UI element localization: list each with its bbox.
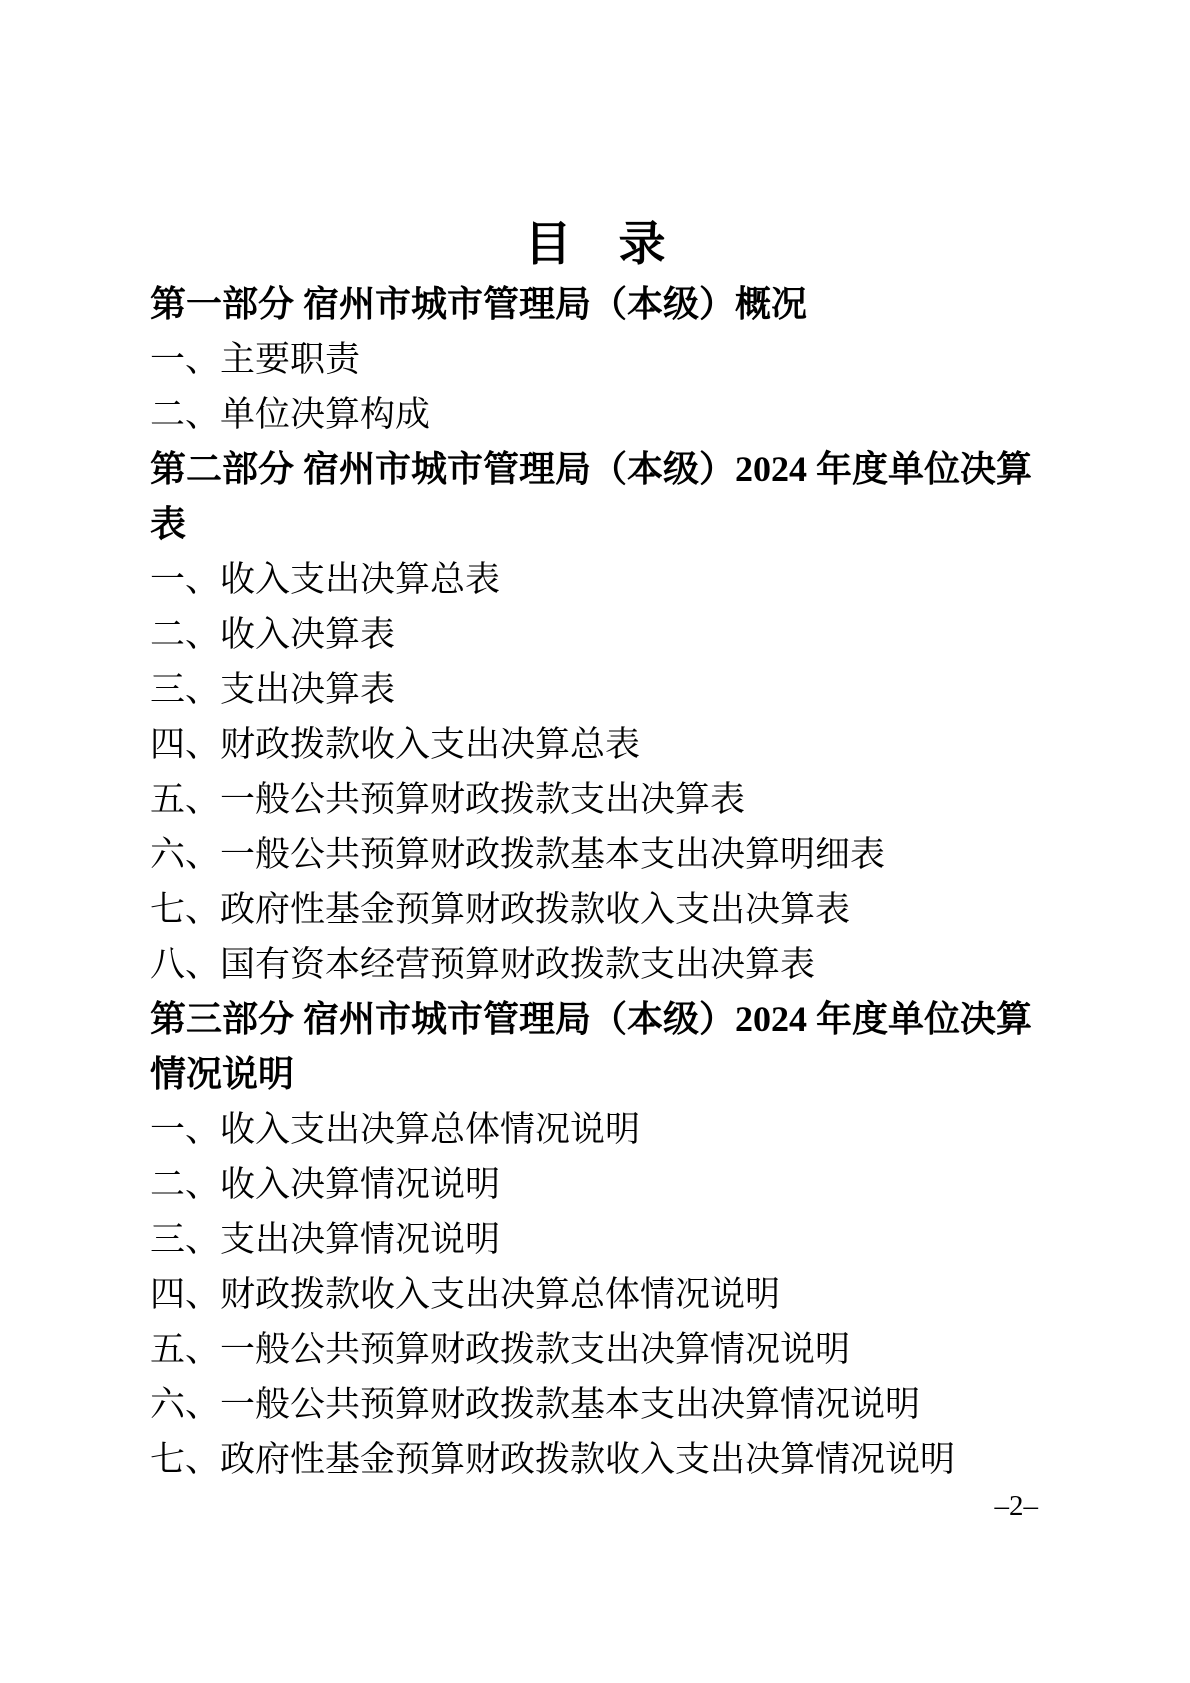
toc-part2-heading-line2: 表 [150, 497, 1040, 552]
toc-part3-heading-line1: 第三部分 宿州市城市管理局（本级）2024 年度单位决算 [150, 992, 1040, 1047]
toc-part2-item-3: 三、支出决算表 [150, 662, 1040, 717]
toc-part2-item-5: 五、一般公共预算财政拨款支出决算表 [150, 772, 1040, 827]
toc-part2-heading-line1: 第二部分 宿州市城市管理局（本级）2024 年度单位决算 [150, 442, 1040, 497]
toc-part2-item-6: 六、一般公共预算财政拨款基本支出决算明细表 [150, 827, 1040, 882]
toc-part3-heading-line2: 情况说明 [150, 1047, 1040, 1102]
toc-part2-item-2: 二、收入决算表 [150, 607, 1040, 662]
toc-part1-item-1: 一、主要职责 [150, 332, 1040, 387]
toc-part3-item-1: 一、收入支出决算总体情况说明 [150, 1102, 1040, 1157]
toc-part3-item-2: 二、收入决算情况说明 [150, 1157, 1040, 1212]
toc-part2-item-1: 一、收入支出决算总表 [150, 552, 1040, 607]
toc-content: 目 录 第一部分 宿州市城市管理局（本级）概况 一、主要职责 二、单位决算构成 … [150, 213, 1040, 1525]
toc-part2-item-8: 八、国有资本经营预算财政拨款支出决算表 [150, 937, 1040, 992]
toc-part1-heading: 第一部分 宿州市城市管理局（本级）概况 [150, 277, 1040, 332]
document-title: 目 录 [150, 213, 1040, 277]
toc-part3-item-6: 六、一般公共预算财政拨款基本支出决算情况说明 [150, 1377, 1040, 1432]
page-number: –2– [150, 1487, 1040, 1525]
toc-part1-item-2: 二、单位决算构成 [150, 387, 1040, 442]
toc-part3-item-5: 五、一般公共预算财政拨款支出决算情况说明 [150, 1322, 1040, 1377]
document-page: 目 录 第一部分 宿州市城市管理局（本级）概况 一、主要职责 二、单位决算构成 … [0, 0, 1190, 1683]
toc-part2-item-4: 四、财政拨款收入支出决算总表 [150, 717, 1040, 772]
toc-part3-item-7: 七、政府性基金预算财政拨款收入支出决算情况说明 [150, 1432, 1040, 1487]
toc-part2-item-7: 七、政府性基金预算财政拨款收入支出决算表 [150, 882, 1040, 937]
toc-part3-item-3: 三、支出决算情况说明 [150, 1212, 1040, 1267]
toc-part3-item-4: 四、财政拨款收入支出决算总体情况说明 [150, 1267, 1040, 1322]
